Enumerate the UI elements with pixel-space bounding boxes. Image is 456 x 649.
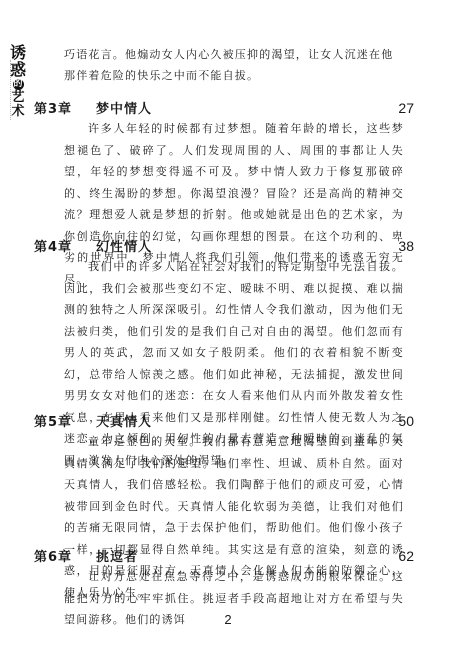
book-series-logo: 诱 惑 的 艺 术: [8, 44, 28, 119]
chapter-page-number: 50: [398, 413, 414, 429]
chapter-heading: 第5章 天真情人 50: [34, 411, 414, 431]
logo-char: 艺: [11, 91, 24, 105]
chapter-number: 第5章: [34, 411, 96, 430]
book-page: 诱 惑 的 艺 术 巧语花言。他煽动女人内心久被压抑的渴望，让女人沉迷在他那伴着…: [0, 0, 456, 649]
chapter-number: 第4章: [34, 236, 96, 255]
chapter-heading: 第4章 幻性情人 38: [34, 236, 414, 256]
page-number: 2: [0, 612, 456, 627]
logo-char: 术: [11, 105, 24, 119]
logo-char: 诱: [10, 44, 26, 61]
chapter-heading: 第6章 挑逗者 62: [34, 546, 414, 566]
logo-char-circled: 的: [13, 79, 24, 90]
chapter-title: 梦中情人: [96, 98, 414, 117]
chapter-page-number: 27: [398, 100, 414, 116]
chapter-number: 第6章: [34, 546, 96, 565]
chapter-title: 幻性情人: [96, 236, 414, 255]
chapter-page-number: 62: [398, 548, 414, 564]
intro-paragraph: 巧语花言。他煽动女人内心久被压抑的渴望，让女人沉迷在他那伴着危险的快乐之中而不能…: [64, 44, 394, 86]
chapter-number: 第3章: [34, 98, 96, 117]
chapter-title: 挑逗者: [96, 546, 414, 565]
chapter-page-number: 38: [398, 238, 414, 254]
chapter-heading: 第3章 梦中情人 27: [34, 98, 414, 118]
logo-char: 惑: [10, 61, 26, 78]
chapter-title: 天真情人: [96, 411, 414, 430]
